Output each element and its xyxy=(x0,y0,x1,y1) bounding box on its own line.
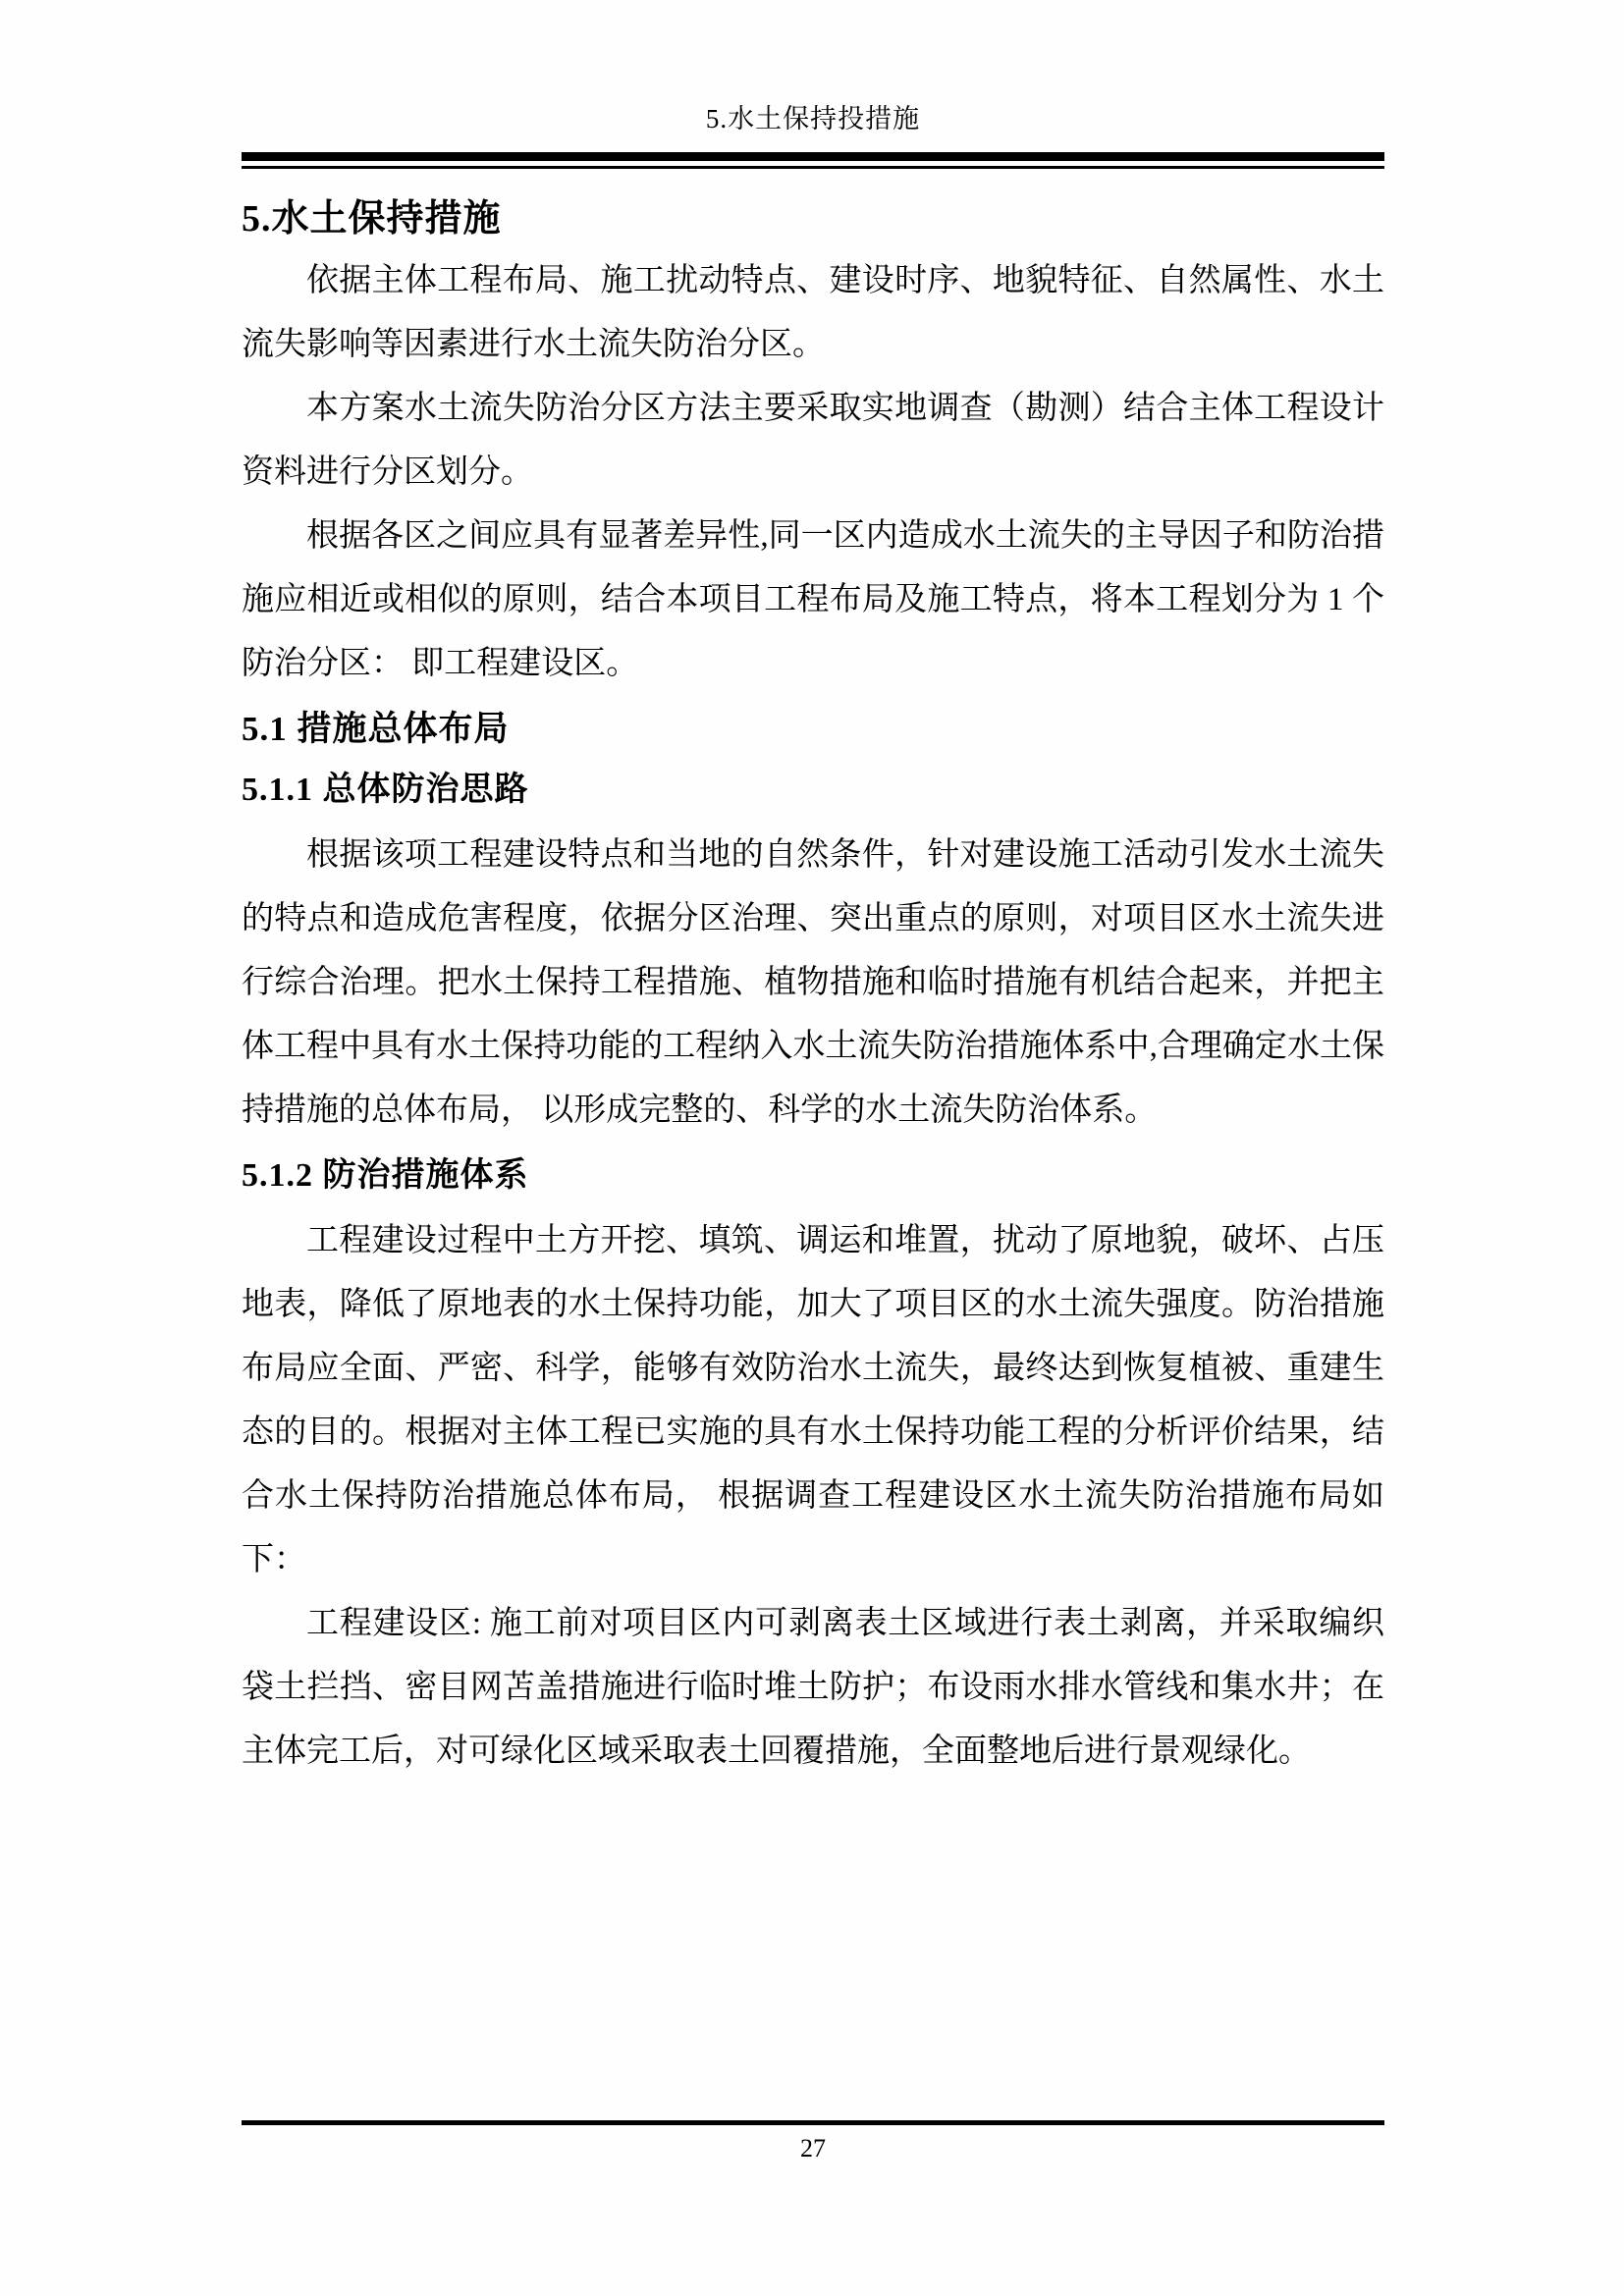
paragraph-5: 工程建设过程中土方开挖、填筑、调运和堆置，扰动了原地貌，破坏、占压地表，降低了原… xyxy=(242,1209,1384,1592)
paragraph-2: 本方案水土流失防治分区方法主要采取实地调查（勘测）结合主体工程设计资料进行分区划… xyxy=(242,377,1384,505)
subsection-heading-5-1-2: 5.1.2 防治措施体系 xyxy=(242,1148,1384,1203)
footer-rule xyxy=(242,2120,1384,2125)
paragraph-3: 根据各区之间应具有显著差异性,同一区内造成水土流失的主导因子和防治措施应相近或相… xyxy=(242,505,1384,696)
chapter-title: 5.水土保持措施 xyxy=(242,188,1384,249)
section-heading-5-1: 5.1 措施总体布局 xyxy=(242,702,1384,757)
page-number: 27 xyxy=(242,2132,1384,2165)
running-head: 5.水土保持投措施 xyxy=(242,102,1384,135)
paragraph-1: 依据主体工程布局、施工扰动特点、建设时序、地貌特征、自然属性、水土流失影响等因素… xyxy=(242,249,1384,377)
header-rule xyxy=(242,152,1384,169)
document-page: 5.水土保持投措施 5.水土保持措施 依据主体工程布局、施工扰动特点、建设时序、… xyxy=(0,0,1624,2296)
document-body: 5.水土保持措施 依据主体工程布局、施工扰动特点、建设时序、地貌特征、自然属性、… xyxy=(242,188,1384,1784)
paragraph-4: 根据该项工程建设特点和当地的自然条件，针对建设施工活动引发水土流失的特点和造成危… xyxy=(242,824,1384,1143)
paragraph-6: 工程建设区: 施工前对项目区内可剥离表土区域进行表土剥离，并采取编织袋土拦挡、密… xyxy=(242,1592,1384,1784)
subsection-heading-5-1-1: 5.1.1 总体防治思路 xyxy=(242,763,1384,818)
